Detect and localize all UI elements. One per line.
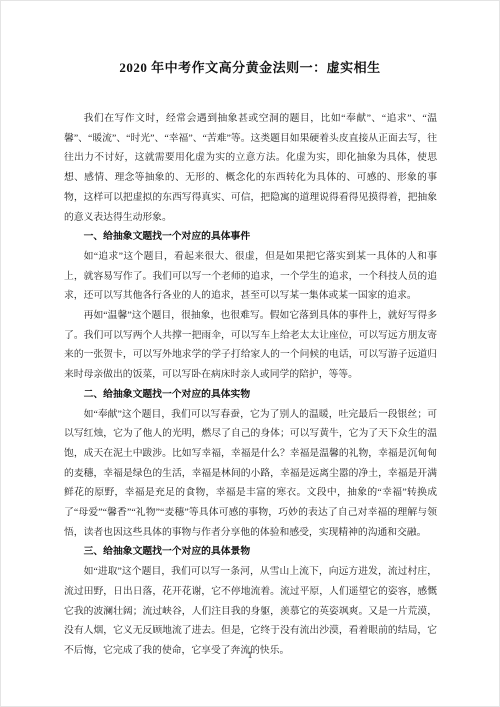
paragraph: 如“进取”这个题目，我们可以写一条河，从雪山上流下，向远方进发，流过村庄，流过田… — [64, 562, 437, 661]
paragraph: 如“奉献”这个题目，我们可以写春蚕，它为了别人的温暖，吐完最后一段银丝；可以写红… — [64, 405, 437, 543]
section-heading: 一、给抽象文题找一个对应的具体事件 — [64, 227, 437, 247]
paragraph: 我们在写作文时，经常会遇到抽象甚或空洞的题目，比如“奉献”、“追求”、“温馨”、… — [64, 109, 437, 227]
paragraph: 再如“温馨”这个题目，很抽象，也很难写。假如它落到具体的事件上，就好写得多了。我… — [64, 306, 437, 385]
document-page: 2020 年中考作文高分黄金法则一：虚实相生 我们在写作文时，经常会遇到抽象甚或… — [0, 0, 500, 707]
section-heading: 三、给抽象文题找一个对应的具体景物 — [64, 542, 437, 562]
document-title: 2020 年中考作文高分黄金法则一：虚实相生 — [31, 57, 469, 76]
section-heading: 二、给抽象文题找一个对应的具体实物 — [64, 385, 437, 405]
paragraph: 如“追求”这个题目，看起来很大、很虚，但是如果把它落实到某一具体的人和事上，就容… — [64, 247, 437, 306]
document-body: 我们在写作文时，经常会遇到抽象甚或空洞的题目，比如“奉献”、“追求”、“温馨”、… — [64, 109, 437, 661]
page-number: 1 — [1, 650, 499, 660]
